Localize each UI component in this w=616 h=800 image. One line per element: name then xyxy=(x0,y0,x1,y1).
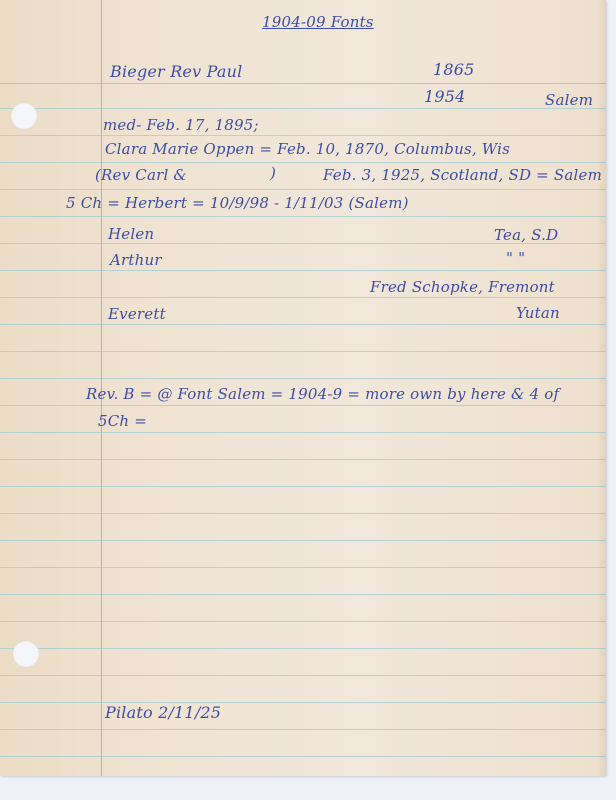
footer-signature: Pilato 2/11/25 xyxy=(105,703,221,722)
ruled-line xyxy=(0,729,606,730)
marriage-line: med- Feb. 17, 1895; xyxy=(103,116,259,134)
person-name: Bieger Rev Paul xyxy=(110,62,242,81)
ruled-line xyxy=(0,594,606,595)
ruled-line xyxy=(0,756,606,757)
ruled-line xyxy=(0,432,606,433)
child-helen-place: Tea, S.D xyxy=(494,226,558,244)
ruled-line xyxy=(0,702,606,703)
ruled-line xyxy=(0,513,606,514)
ruled-line xyxy=(0,351,606,352)
punch-hole-top xyxy=(11,103,37,129)
header-rule xyxy=(0,83,606,84)
child-spouse-fremont: Fred Schopke, Fremont xyxy=(370,278,555,296)
ruled-line xyxy=(0,162,606,163)
child-helen: Helen xyxy=(108,225,154,243)
death-place: Salem xyxy=(545,91,593,109)
death-year: 1954 xyxy=(424,87,466,106)
ditto-mark: " " xyxy=(506,249,525,267)
spouse-line: Clara Marie Oppen = Feb. 10, 1870, Colum… xyxy=(105,140,510,158)
ruled-line xyxy=(0,297,606,298)
child-everett: Everett xyxy=(108,305,166,323)
paren-close: ) xyxy=(270,164,276,182)
ruled-line xyxy=(0,270,606,271)
punch-hole-bottom xyxy=(13,641,39,667)
ruled-line xyxy=(0,540,606,541)
ministry-note: Rev. B = @ Font Salem = 1904-9 = more ow… xyxy=(86,385,559,403)
ruled-line xyxy=(0,675,606,676)
ruled-line xyxy=(0,108,606,109)
child-everett-place: Yutan xyxy=(516,304,560,322)
child-arthur: Arthur xyxy=(110,251,162,269)
ruled-line xyxy=(0,567,606,568)
ruled-line xyxy=(0,135,606,136)
page-title: 1904-09 Fonts xyxy=(262,13,374,31)
birth-year: 1865 xyxy=(433,60,475,79)
spouse-parent-line: (Rev Carl & xyxy=(95,166,187,184)
ministry-note-cont: 5Ch = xyxy=(98,412,147,430)
children-line-herbert: 5 Ch = Herbert = 10/9/98 - 1/11/03 (Sale… xyxy=(66,194,409,212)
ruled-line xyxy=(0,189,606,190)
ruled-line xyxy=(0,324,606,325)
ruled-line xyxy=(0,648,606,649)
ruled-line xyxy=(0,621,606,622)
ruled-line xyxy=(0,216,606,217)
ruled-line xyxy=(0,459,606,460)
ruled-line xyxy=(0,378,606,379)
notebook-page: 1904-09 Fonts Bieger Rev Paul 1865 1954 … xyxy=(0,0,606,776)
ruled-line xyxy=(0,405,606,406)
ruled-line xyxy=(0,486,606,487)
spouse-death-line: Feb. 3, 1925, Scotland, SD = Salem xyxy=(323,166,602,184)
paper-edge-shadow xyxy=(596,0,606,776)
